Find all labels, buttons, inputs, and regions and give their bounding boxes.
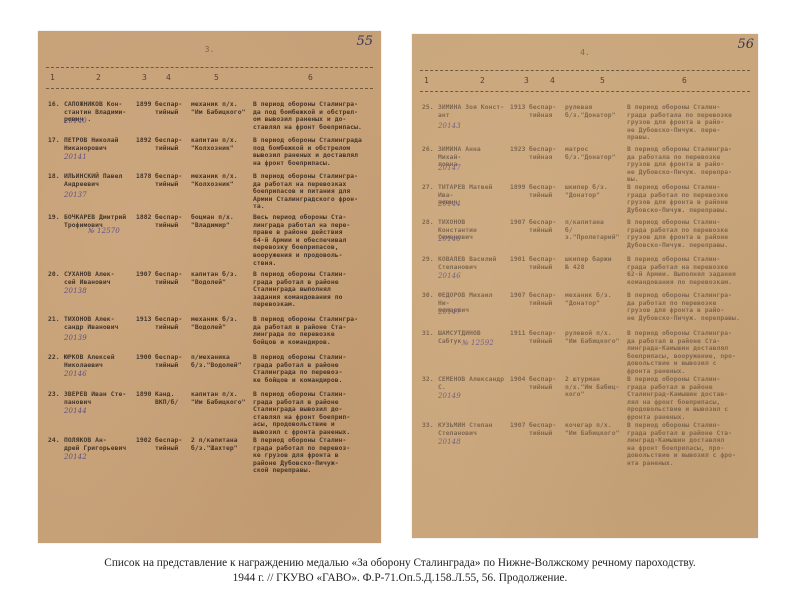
party-membership: беспар- тийный [529,219,561,234]
merit-description: В период обороны Сталин- града работала … [627,104,755,142]
job-position: механик б/з. "Водолей" [191,316,249,331]
person-name: ТИХОНОВ Алек- сандр Иванович [64,316,134,331]
merit-description: В период обороны Сталин- града работал в… [627,376,755,422]
archive-page-right: 56 4. 1 2 3 4 5 6 25.ЗИМИНА Зоя Конст- а… [412,34,758,538]
column-header-row: 1 2 3 4 5 6 [420,70,750,92]
job-position: п/механика б/з."Водолей" [191,354,249,369]
merit-description: В период обороны Сталин- града работал н… [627,256,755,286]
party-membership: беспар- тийная [529,104,561,119]
party-membership: беспар- тийный [155,437,187,452]
party-membership: беспар- тийный [155,354,187,369]
entry-number: 17. [48,137,62,145]
job-position: механик п/х. "Колхозник" [191,173,249,188]
birth-year: 1878 [136,173,152,181]
person-name: ПЕТРОВ Николай Никанорович [64,137,134,152]
merit-description: В период обороны Сталин- града работал в… [253,391,381,437]
column-header: 4 [166,73,171,82]
party-membership: беспар- тийный [155,316,187,331]
person-name: ЮРКОВ Алексей Николаевич [64,354,134,369]
figure-caption: Список на представление к награждению ме… [0,556,800,586]
handwritten-mark: 20140 [64,118,87,126]
person-name: ЗВЕРЕВ Иван Сте- панович [64,391,134,406]
party-membership: беспар- тийный [155,137,187,152]
birth-year: 1913 [510,104,526,112]
birth-year: 1907 [510,219,526,227]
birth-year: 1899 [510,184,526,192]
merit-description: В период обороны Сталингра- да работал н… [253,173,381,211]
award-entry: 33.КУЗЬМИН Степан Степанович1907беспар- … [422,422,754,482]
handwritten-mark: 20139 [64,335,87,343]
entry-number: 20. [48,271,62,279]
job-position: механик п/х. "Им Бабицкого" [191,101,249,116]
column-header: 6 [682,76,687,85]
entry-number: 31. [422,330,436,338]
birth-year: 1907 [510,292,526,300]
handwritten-mark: 20142 [64,454,87,462]
caption-line-2: 1944 г. // ГКУВО «ГАВО». Ф.Р-71.Оп.5.Д.1… [0,571,800,586]
archive-page-left: 55 3. 1 2 3 4 5 6 16.САПОЖНИКОВ Кон- ста… [38,31,381,543]
merit-description: В период обороны Сталинграда под бомбежк… [253,137,381,167]
handwritten-mark: 20144 [64,408,87,416]
party-membership: беспар- тийный [155,214,187,229]
birth-year: 1907 [136,271,152,279]
handwritten-mark: 20147 [438,309,461,317]
birth-year: 1902 [136,437,152,445]
person-name: ЗИМИНА Зоя Конст- ант [438,104,508,119]
merit-description: В период обороны Сталин- града работал в… [627,422,755,468]
handwritten-mark: 20144 [438,201,461,209]
column-header: 1 [50,73,55,82]
entry-number: 16. [48,101,62,109]
handwritten-mark: 20141 [64,154,87,162]
merit-description: Весь период обороны Ста- линграда работа… [253,214,381,267]
column-header: 5 [214,73,219,82]
person-name: СЕМЕНОВ Александр С. [438,376,508,391]
merit-description: В период обороны Сталингра- да под бомбе… [253,101,381,131]
party-membership: беспар- тийный [529,256,561,271]
handwritten-mark: 20137 [64,192,87,200]
entry-number: 18. [48,173,62,181]
award-entry: 24.ПОЛЯКОВ Ан- дрей Григорьевич1902беспа… [48,437,377,497]
birth-year: 1911 [510,330,526,338]
entry-number: 29. [422,256,436,264]
page-number: 3. [38,45,381,54]
merit-description: В период обороны Сталин- града работал в… [253,271,381,309]
column-header: 3 [524,76,529,85]
person-name: ИЛЬИНСКИЙ Павел Андреевич [64,173,134,188]
entry-number: 30. [422,292,436,300]
party-membership: беспар- тийный [155,173,187,188]
column-header: 2 [480,76,485,85]
job-position: шкипер баржи № 428 [565,256,623,271]
entry-number: 25. [422,104,436,112]
column-header-row: 1 2 3 4 5 6 [46,67,373,89]
birth-year: 1882 [136,214,152,222]
entry-number: 32. [422,376,436,384]
page-number: 4. [412,48,758,57]
handwritten-mark: 20147 [438,165,461,173]
job-position: кочегар п/х. "Им Бабицкого" [565,422,623,437]
job-position: капитан б/з. "Водолей" [191,271,249,286]
job-position: рулевая б/з."Донатор" [565,104,623,119]
birth-year: 1892 [136,137,152,145]
party-membership: беспар- тийный [529,376,561,391]
job-position: 2 штурман п/х."Им Бабиц- кого" [565,376,623,399]
birth-year: 1913 [136,316,152,324]
job-position: п/капитана б/з."Пролетарий" [565,219,623,242]
merit-description: В период обороны Сталин- града работал п… [627,184,755,214]
handwritten-mark: № 12592 [462,340,494,348]
job-position: 2 п/капитана б/з."Шахтер" [191,437,249,452]
entry-number: 19. [48,214,62,222]
birth-year: 1899 [136,101,152,109]
job-position: механик б/з. "Донатор" [565,292,623,307]
merit-description: В период обороны Сталингра- да работал в… [627,330,755,376]
handwritten-mark: 20143 [438,123,461,131]
handwritten-mark: 20138 [64,288,87,296]
entry-number: 27. [422,184,436,192]
column-header: 3 [142,73,147,82]
party-membership: беспар- тийная [529,146,561,161]
merit-description: В период обороны Сталингра- да работал в… [253,316,381,346]
award-entry: 19.БОЧКАРЕВ Дмитрий Трофимович1882беспар… [48,214,377,274]
job-position: боцман п/х. "Владимир" [191,214,249,229]
person-name: КОВАЛЕВ Василий Степанович [438,256,508,271]
merit-description: В период обороны Сталин- града работал п… [627,219,755,249]
birth-year: 1900 [136,354,152,362]
entry-number: 28. [422,219,436,227]
job-position: рулевой п/х. "Им Бабицкого" [565,330,623,345]
party-membership: беспар- тийный [155,101,187,116]
entry-number: 26. [422,146,436,154]
person-name: ПОЛЯКОВ Ан- дрей Григорьевич [64,437,134,452]
entry-number: 22. [48,354,62,362]
job-position: капитан п/х. "Колхозник" [191,137,249,152]
handwritten-mark: 20146 [64,371,87,379]
entry-number: 23. [48,391,62,399]
birth-year: 1904 [510,376,526,384]
party-membership: беспар- тийный [529,184,561,199]
party-membership: Канд. ВКП/б/ [155,391,187,406]
entry-number: 33. [422,422,436,430]
party-membership: беспар- тийный [529,292,561,307]
person-name: КУЗЬМИН Степан Степанович [438,422,508,437]
handwritten-mark: 20149 [438,393,461,401]
birth-year: 1923 [510,146,526,154]
entry-number: 24. [48,437,62,445]
birth-year: 1907 [510,422,526,430]
column-header: 4 [550,76,555,85]
handwritten-mark: 20146 [438,236,461,244]
entry-number: 21. [48,316,62,324]
job-position: шкипер б/з. "Донатор" [565,184,623,199]
merit-description: В период обороны Сталингра- да работал п… [627,292,755,322]
party-membership: беспар- тийный [155,271,187,286]
job-position: матрос б/з."Донатор" [565,146,623,161]
birth-year: 1890 [136,391,152,399]
party-membership: беспар- тийный [529,422,561,437]
merit-description: В период обороны Сталингра- да работала … [627,146,755,184]
handwritten-mark: № 12570 [88,228,120,236]
column-header: 6 [308,73,313,82]
caption-line-1: Список на представление к награждению ме… [0,556,800,571]
column-header: 5 [600,76,605,85]
person-name: СУХАНОВ Алек- сей Иванович [64,271,134,286]
handwritten-mark: 20148 [438,439,461,447]
job-position: капитан п/х. "Им Бабицкого" [191,391,249,406]
handwritten-mark: 20146 [438,273,461,281]
column-header: 1 [424,76,429,85]
column-header: 2 [96,73,101,82]
merit-description: В период обороны Сталин- града работал п… [253,437,381,475]
birth-year: 1901 [510,256,526,264]
merit-description: В период обороны Сталин- града работал в… [253,354,381,384]
party-membership: беспар- тийный [529,330,561,345]
